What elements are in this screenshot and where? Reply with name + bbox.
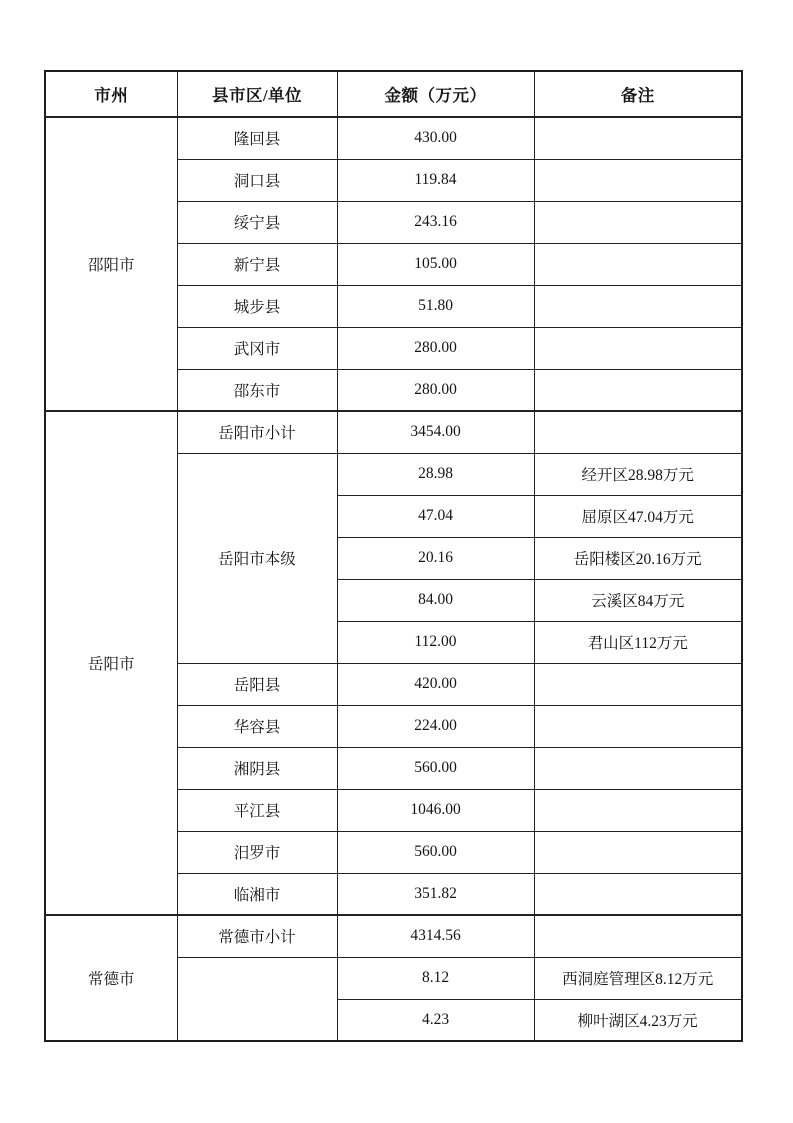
remark-cell: 西洞庭管理区8.12万元 xyxy=(534,957,742,999)
unit-cell: 常德市小计 xyxy=(177,915,337,957)
remark-cell xyxy=(534,159,742,201)
amount-cell: 1046.00 xyxy=(337,789,534,831)
city-cell: 常德市 xyxy=(45,915,177,1041)
remark-cell xyxy=(534,201,742,243)
amount-cell: 20.16 xyxy=(337,537,534,579)
header-cell-city: 市州 xyxy=(45,71,177,117)
amount-cell: 224.00 xyxy=(337,705,534,747)
amount-cell: 28.98 xyxy=(337,453,534,495)
table-row: 邵阳市 隆回县 430.00 xyxy=(45,117,742,159)
unit-cell: 湘阴县 xyxy=(177,747,337,789)
amount-cell: 4314.56 xyxy=(337,915,534,957)
unit-cell: 岳阳县 xyxy=(177,663,337,705)
unit-cell: 岳阳市小计 xyxy=(177,411,337,453)
amount-cell: 420.00 xyxy=(337,663,534,705)
unit-cell-pagebreak xyxy=(177,957,337,1041)
remark-cell xyxy=(534,873,742,915)
unit-cell: 汨罗市 xyxy=(177,831,337,873)
remark-cell: 屈原区47.04万元 xyxy=(534,495,742,537)
amount-cell: 280.00 xyxy=(337,369,534,411)
header-cell-remark: 备注 xyxy=(534,71,742,117)
unit-cell: 隆回县 xyxy=(177,117,337,159)
amount-cell: 84.00 xyxy=(337,579,534,621)
amount-cell: 112.00 xyxy=(337,621,534,663)
remark-cell: 柳叶湖区4.23万元 xyxy=(534,999,742,1041)
unit-cell: 华容县 xyxy=(177,705,337,747)
remark-cell xyxy=(534,243,742,285)
unit-cell: 新宁县 xyxy=(177,243,337,285)
amount-cell: 560.00 xyxy=(337,831,534,873)
allocation-table: 市州 县市区/单位 金额（万元） 备注 邵阳市 隆回县 430.00 洞口县 1… xyxy=(44,70,743,1042)
remark-cell xyxy=(534,705,742,747)
unit-cell: 临湘市 xyxy=(177,873,337,915)
city-cell: 邵阳市 xyxy=(45,117,177,411)
amount-cell: 51.80 xyxy=(337,285,534,327)
table-row-subtotal: 岳阳市 岳阳市小计 3454.00 xyxy=(45,411,742,453)
unit-cell: 洞口县 xyxy=(177,159,337,201)
unit-cell: 武冈市 xyxy=(177,327,337,369)
city-cell: 岳阳市 xyxy=(45,411,177,915)
remark-cell xyxy=(534,831,742,873)
remark-cell: 君山区112万元 xyxy=(534,621,742,663)
amount-cell: 430.00 xyxy=(337,117,534,159)
amount-cell: 243.16 xyxy=(337,201,534,243)
amount-cell: 8.12 xyxy=(337,957,534,999)
remark-cell xyxy=(534,663,742,705)
remark-cell xyxy=(534,285,742,327)
amount-cell: 4.23 xyxy=(337,999,534,1041)
amount-cell: 3454.00 xyxy=(337,411,534,453)
header-cell-unit: 县市区/单位 xyxy=(177,71,337,117)
remark-cell: 云溪区84万元 xyxy=(534,579,742,621)
remark-cell xyxy=(534,327,742,369)
remark-cell xyxy=(534,411,742,453)
unit-cell: 平江县 xyxy=(177,789,337,831)
remark-cell xyxy=(534,369,742,411)
amount-cell: 280.00 xyxy=(337,327,534,369)
header-cell-amount: 金额（万元） xyxy=(337,71,534,117)
header-row: 市州 县市区/单位 金额（万元） 备注 xyxy=(45,71,742,117)
remark-cell xyxy=(534,117,742,159)
amount-cell: 351.82 xyxy=(337,873,534,915)
remark-cell xyxy=(534,789,742,831)
remark-cell: 岳阳楼区20.16万元 xyxy=(534,537,742,579)
table-row-subtotal: 常德市 常德市小计 4314.56 xyxy=(45,915,742,957)
remark-cell: 经开区28.98万元 xyxy=(534,453,742,495)
document-page: 市州 县市区/单位 金额（万元） 备注 邵阳市 隆回县 430.00 洞口县 1… xyxy=(0,0,793,1123)
amount-cell: 119.84 xyxy=(337,159,534,201)
amount-cell: 47.04 xyxy=(337,495,534,537)
remark-cell xyxy=(534,747,742,789)
unit-cell: 城步县 xyxy=(177,285,337,327)
unit-cell: 绥宁县 xyxy=(177,201,337,243)
unit-cell: 岳阳市本级 xyxy=(177,453,337,663)
remark-cell xyxy=(534,915,742,957)
unit-cell: 邵东市 xyxy=(177,369,337,411)
amount-cell: 105.00 xyxy=(337,243,534,285)
amount-cell: 560.00 xyxy=(337,747,534,789)
